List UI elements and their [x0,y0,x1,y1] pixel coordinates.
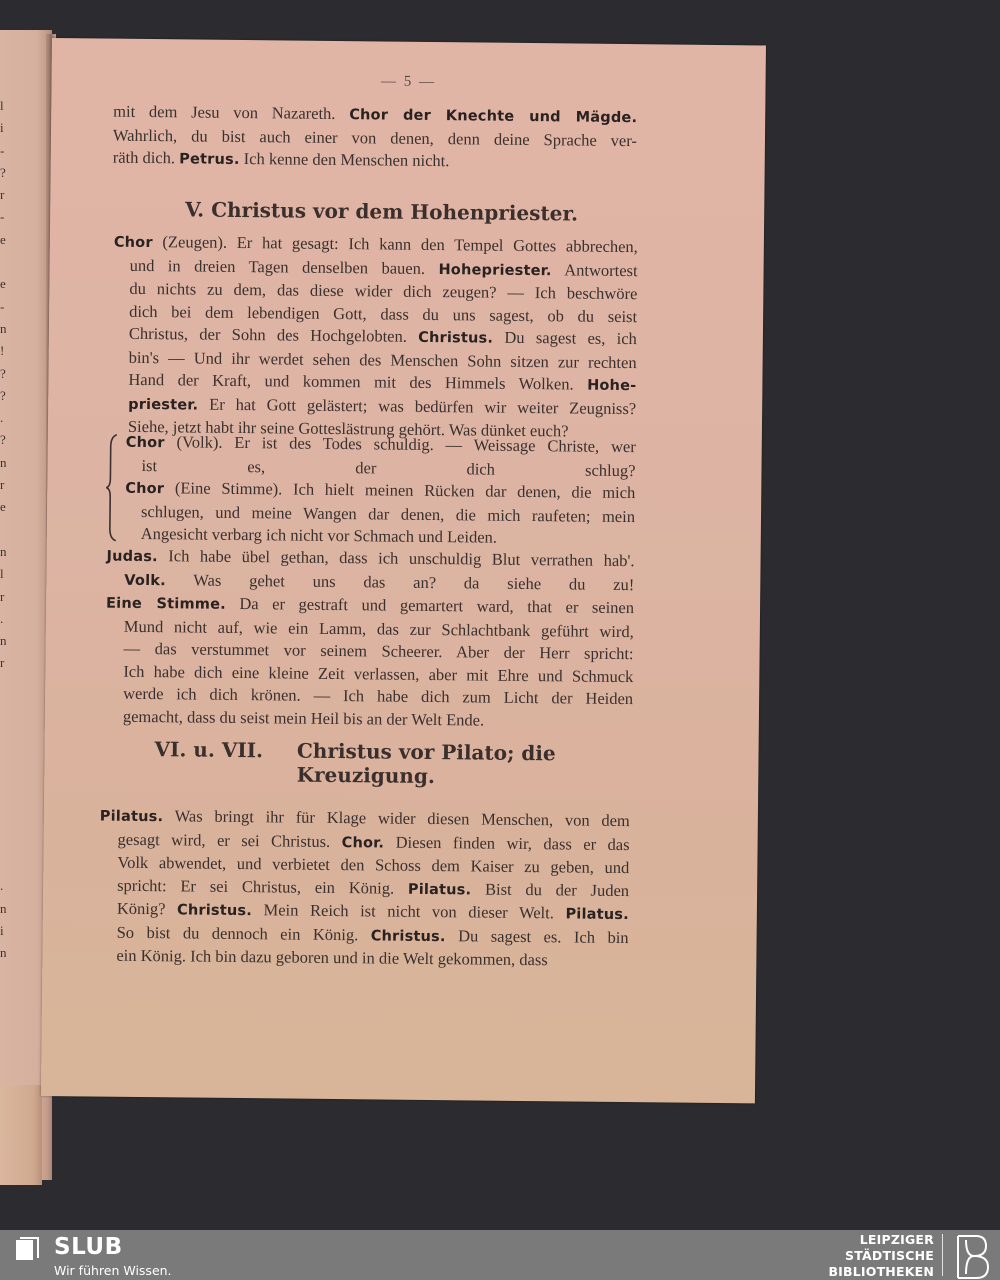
book-page: — 5 — mit dem Jesu von Nazareth. Chor de… [41,38,766,1103]
margin-char: - [0,296,14,318]
text-run: Ich kenne den Menschen nicht. [239,149,449,170]
section-v-bracketed-choruses: Chor (Volk). Er ist des Todes schuldig. … [125,431,636,551]
speaker-name: Chor. [342,835,385,851]
margin-char: r [0,586,14,608]
margin-char: ? [0,385,14,407]
text-run: Hand der Kraft, und kommen mit des Himme… [128,370,587,394]
speaker-name: Pilatus. [100,809,164,826]
margin-char: ? [0,363,14,385]
margin-char [0,764,14,786]
margin-char [0,697,14,719]
text-run: Du sagest es, ich [493,328,637,349]
text-run: Da er gestraft und gemartert ward, that … [226,594,634,617]
text-run: Volk abwendet, und verbietet den Schoss … [117,853,629,877]
text-run: und in dreien Tagen denselben bauen. [130,255,439,277]
lsb-line-3: BIBLIOTHEKEN [828,1264,934,1280]
margin-char [0,675,14,697]
text-run: (Zeugen). Er hat gesagt: Ich kann den Te… [153,232,638,256]
text-run: — das verstummet vor seinem Scheerer. Ab… [124,639,634,663]
brace-icon [105,433,120,543]
margin-char: e [0,273,14,295]
margin-char [0,519,14,541]
margin-char: ? [0,429,14,451]
speaker-name: Christus. [177,902,252,919]
lsb-line-2: STÄDTISCHE [828,1248,934,1264]
lsb-logo-text[interactable]: LEIPZIGER STÄDTISCHE BIBLIOTHEKEN [828,1232,934,1280]
margin-char: n [0,541,14,563]
text-run: (Volk). Er ist des Todes schuldig. — Wei… [165,432,636,456]
section-number: VI. u. VII. [154,737,263,762]
text-run: Mein Reich ist nicht von dieser Welt. [252,900,566,922]
scan-viewer: li-?r-ee-n!??.?nrenlr.nr.nin — 5 — mit d… [0,0,1000,1230]
margin-char: r [0,184,14,206]
margin-char [0,853,14,875]
section-heading-vi-vii: VI. u. VII. Christus vor Pilato; die Kre… [154,737,556,789]
text-run: So bist du dennoch ein König. [117,922,371,944]
slub-logo-text[interactable]: SLUB [54,1234,123,1260]
text-run: du nichts zu dem, das diese wider dich z… [129,279,637,303]
section-vi-vii-paragraph: Pilatus. Was bringt ihr für Klage wider … [98,805,630,973]
margin-char: r [0,474,14,496]
text-run: (Eine Stimme). Ich hielt meinen Rücken d… [164,478,635,502]
text-run: Bist du der Juden [471,879,629,900]
margin-char: - [0,206,14,228]
text-run: Du sagest es. Ich bin [446,926,629,947]
margin-char: n [0,318,14,340]
previous-page-lower-edge [0,1085,42,1185]
margin-char [0,831,14,853]
lsb-line-1: LEIPZIGER [828,1232,934,1248]
margin-char: ? [0,162,14,184]
section-title-line-1: Christus vor Pilato; die [297,739,556,766]
margin-char: n [0,452,14,474]
footer-bar: SLUB Wir führen Wissen. LEIPZIGER STÄDTI… [0,1230,1000,1280]
continuation-paragraph: mit dem Jesu von Nazareth. Chor der Knec… [113,101,638,176]
speaker-name: Volk. [124,572,166,588]
margin-char: i [0,117,14,139]
margin-char [0,251,14,273]
text-run: ist es, der dich schlug? [141,455,635,479]
text-run: Was bringt ihr für Klage wider diesen Me… [163,806,630,830]
page-number: — 5 — [51,70,765,94]
speaker-name: Chor [125,481,164,497]
margin-char [0,786,14,808]
text-run: räth dich. [113,148,180,168]
text-run: Christus, der Sohn des Hochgelobten. [129,324,419,346]
speaker-name: Christus. [418,330,493,347]
speaker-name: Chor der Knechte und Mägde. [349,107,637,126]
section-v-paragraph-3: Judas. Ich habe übel gethan, dass ich un… [105,545,635,734]
margin-char: n [0,942,14,964]
section-v-paragraph-1: Chor (Zeugen). Er hat gesagt: Ich kann d… [112,231,638,444]
section-heading-v: V. Christus vor dem Hohenpriester. [185,197,578,225]
text-run: werde ich dich krönen. — Ich habe dich z… [123,684,633,708]
text-run: Angesicht verbarg ich nicht vor Schmach … [141,524,497,547]
margin-char [0,742,14,764]
text-run: bin's — Und ihr werdet sehen des Mensche… [129,347,637,371]
margin-char: . [0,608,14,630]
slub-book-icon[interactable] [14,1236,40,1262]
text-run: König? [117,899,177,919]
text-run: mit dem Jesu von Nazareth. [113,102,349,123]
lsb-b-logo-icon[interactable] [952,1232,992,1280]
margin-char: l [0,95,14,117]
text-run: spricht: Er sei Christus, ein König. [117,875,408,897]
speaker-name: Pilatus. [408,881,472,898]
margin-char: n [0,630,14,652]
text-run: schlugen, und meine Wangen dar denen, di… [141,501,635,525]
text-run: Antwortest [552,260,638,280]
text-run: Was gehet uns das an? da siehe du zu! [166,570,635,594]
text-run: dich bei dem lebendigen Gott, dass du un… [129,301,637,325]
speaker-name: Eine Stimme. [106,596,226,613]
speaker-name: Christus. [371,928,446,945]
footer-divider [942,1234,943,1276]
speaker-name: Judas. [106,549,157,566]
speaker-name: Chor [114,235,153,251]
margin-char [0,719,14,741]
margin-char: r [0,652,14,674]
margin-char: n [0,898,14,920]
text-run: gemacht, dass du seist mein Heil bis an … [123,706,484,729]
text-run: Ich habe dich eine kleine Zeit verlassen… [123,661,633,685]
slub-tagline: Wir führen Wissen. [54,1263,172,1278]
text-run: Diesen finden wir, dass er das [384,832,630,854]
text-run: Wahrlich, du bist auch einer von denen, … [113,125,637,149]
margin-char: - [0,140,14,162]
text-run: ein König. Ich bin dazu geboren und in d… [116,946,548,970]
text-run: Ich habe übel gethan, dass ich unschuldi… [158,546,635,570]
margin-char: e [0,229,14,251]
margin-char: ! [0,340,14,362]
speaker-name: Chor [126,435,165,451]
margin-char: e [0,496,14,518]
speaker-name: Hohe- [587,378,636,395]
margin-char: l [0,563,14,585]
section-title-line-2: Kreuzigung. [297,763,556,790]
text-run: Er hat Gott gelästert; was bedürfen wir … [198,394,636,418]
speaker-name: priester. [128,396,198,413]
speaker-name: Hohepriester. [438,262,551,279]
margin-char: . [0,875,14,897]
speaker-name: Pilatus. [565,906,629,923]
text-run: Mund nicht auf, wie ein Lamm, das zur Sc… [124,616,634,640]
text-run: gesagt wird, er sei Christus. [118,829,342,850]
speaker-name: Petrus. [179,151,240,168]
previous-page-margin-text: li-?r-ee-n!??.?nrenlr.nr.nin [0,95,14,965]
margin-char [0,809,14,831]
margin-char: i [0,920,14,942]
margin-char: . [0,407,14,429]
